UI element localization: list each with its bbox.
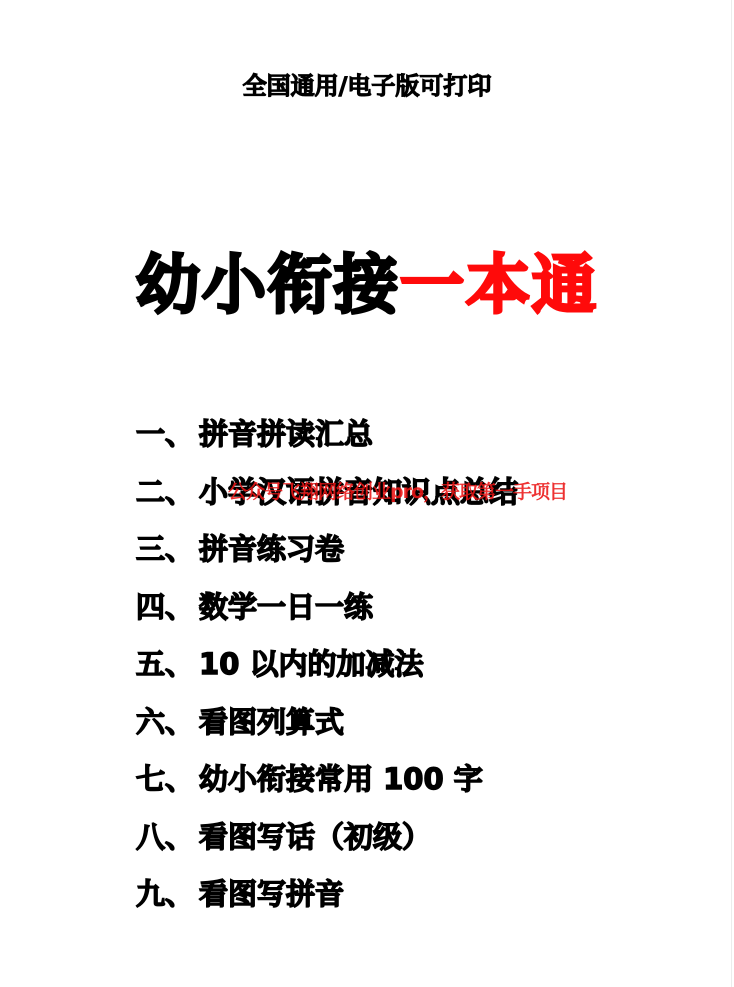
toc-separator: 、	[165, 870, 199, 918]
toc-separator: 、	[165, 410, 199, 458]
toc-number: 三	[136, 525, 165, 573]
toc-label: 看图写拼音	[199, 877, 344, 911]
toc-item-3: 三、拼音练习卷	[136, 525, 518, 583]
subtitle: 全国通用/电子版可打印	[0, 66, 734, 101]
toc-separator: 、	[165, 525, 199, 573]
toc-number: 八	[136, 813, 165, 861]
toc-label: 幼小衔接常用 100 字	[199, 762, 483, 796]
toc-number: 九	[136, 870, 165, 918]
toc-separator: 、	[165, 640, 199, 688]
toc-label: 10 以内的加减法	[199, 647, 423, 681]
toc-separator: 、	[165, 583, 199, 631]
toc-number: 四	[136, 583, 165, 631]
toc-separator: 、	[165, 698, 199, 746]
toc-label: 拼音拼读汇总	[199, 417, 373, 451]
page-edge-line	[731, 0, 732, 987]
toc-item-9: 九、看图写拼音	[136, 870, 518, 928]
toc-item-6: 六、看图列算式	[136, 698, 518, 756]
toc-item-7: 七、幼小衔接常用 100 字	[136, 755, 518, 813]
toc-separator: 、	[165, 813, 199, 861]
toc-label: 拼音练习卷	[199, 532, 344, 566]
main-title-red-accent: 一本通	[400, 249, 598, 323]
toc-number: 七	[136, 755, 165, 803]
toc-label: 看图列算式	[199, 705, 344, 739]
toc-item-4: 四、数学一日一练	[136, 583, 518, 641]
toc-separator: 、	[165, 468, 199, 516]
toc-label: 数学一日一练	[199, 590, 373, 624]
toc-item-5: 五、10 以内的加减法	[136, 640, 518, 698]
watermark-overlay: 公众号飞翔网络创业pro，获取第一手项目	[228, 477, 567, 504]
toc-number: 二	[136, 468, 165, 516]
toc-separator: 、	[165, 755, 199, 803]
main-title: 幼小衔接一本通	[0, 246, 734, 326]
toc-number: 五	[136, 640, 165, 688]
toc-label: 看图写话（初级）	[199, 820, 431, 854]
main-title-black: 幼小衔接	[136, 249, 400, 323]
toc-item-8: 八、看图写话（初级）	[136, 813, 518, 871]
toc-number: 一	[136, 410, 165, 458]
toc-number: 六	[136, 698, 165, 746]
toc-item-1: 一、拼音拼读汇总	[136, 410, 518, 468]
